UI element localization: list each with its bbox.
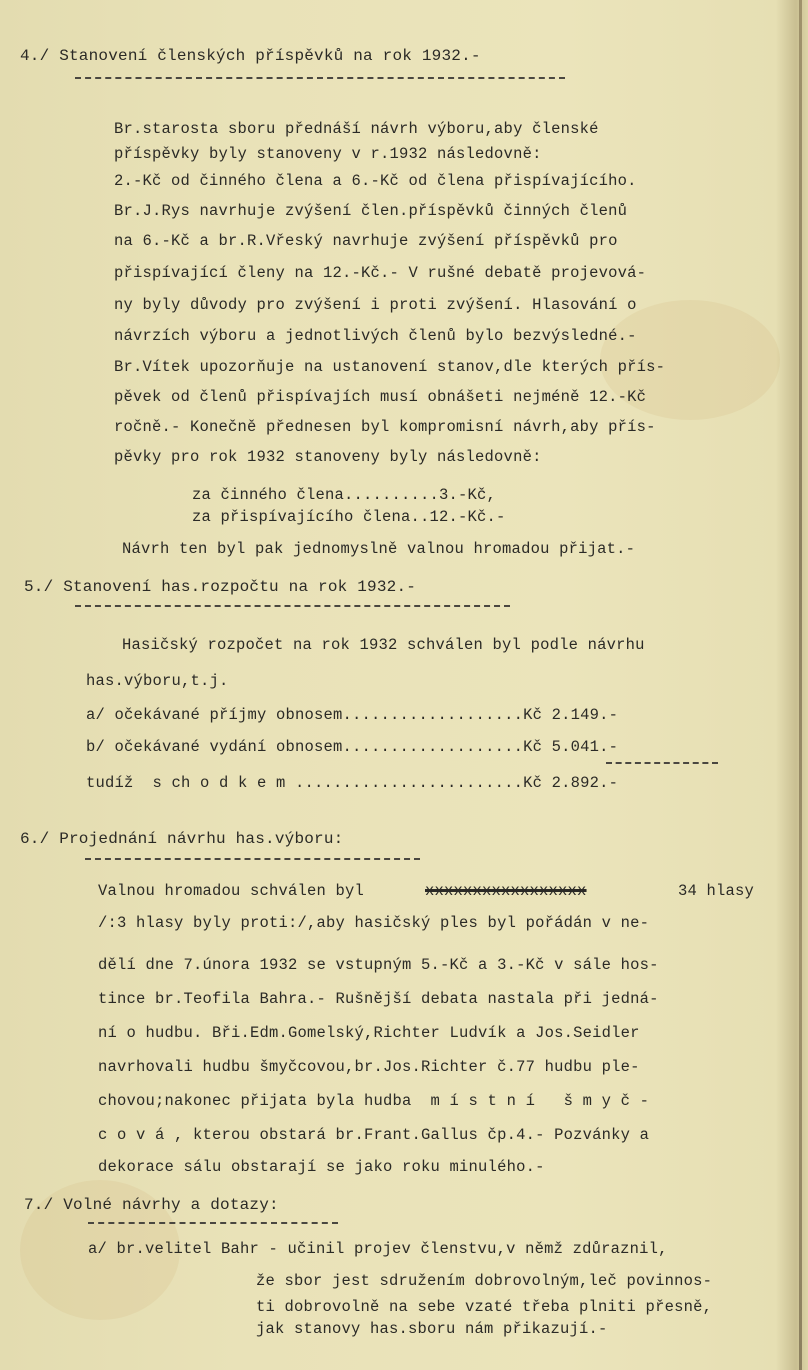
section-4-line: příspěvky byly stanoveny v r.1932 násled… bbox=[114, 145, 542, 163]
section-4-heading: 4./ Stanovení členských příspěvků na rok… bbox=[20, 47, 481, 65]
section-7-line: jak stanovy has.sboru nám přikazují.- bbox=[256, 1320, 608, 1338]
sum-underline bbox=[606, 762, 718, 764]
heading-underline bbox=[75, 605, 510, 607]
heading-underline bbox=[75, 77, 565, 79]
section-7-line: ti dobrovolně na sebe vzaté třeba plniti… bbox=[256, 1298, 712, 1316]
section-6-line: tince br.Teofila Bahra.- Rušnější debata… bbox=[98, 990, 659, 1008]
section-4-line: návrzích výboru a jednotlivých členů byl… bbox=[114, 327, 637, 345]
section-4-line: ročně.- Konečně přednesen byl kompromisn… bbox=[114, 418, 656, 436]
heading-underline bbox=[88, 1222, 338, 1224]
struck-out-text: xxxxxxxxxxxxxxxxx bbox=[425, 882, 587, 900]
section-7-heading: 7./ Volné návrhy a dotazy: bbox=[24, 1196, 279, 1214]
section-4-line: Br.J.Rys navrhuje zvýšení člen.příspěvků… bbox=[114, 202, 627, 220]
section-6-line: dělí dne 7.února 1932 se vstupným 5.-Kč … bbox=[98, 956, 659, 974]
section-6-line: c o v á , kterou obstará br.Frant.Gallus… bbox=[98, 1126, 649, 1144]
section-5-line: has.výboru,t.j. bbox=[86, 672, 229, 690]
section-4-line: pěvek od členů přispívajích musí obnášet… bbox=[114, 388, 646, 406]
budget-deficit: tudíž s ch o d k e m ...................… bbox=[86, 774, 618, 792]
section-4-line: na 6.-Kč a br.R.Vřeský navrhuje zvýšení … bbox=[114, 232, 618, 250]
contribution-supporting-member: za přispívajícího člena..12.-Kč.- bbox=[192, 508, 506, 526]
heading-underline bbox=[85, 858, 420, 860]
section-6-line: chovou;nakonec přijata byla hudba m í s … bbox=[98, 1092, 649, 1110]
section-6-line: Valnou hromadou schválen byl bbox=[98, 882, 364, 900]
section-4-line: ny byly důvody pro zvýšení i proti zvýše… bbox=[114, 296, 637, 314]
section-4-line: pěvky pro rok 1932 stanoveny byly násled… bbox=[114, 448, 542, 466]
budget-expenses: b/ očekávané vydání obnosem.............… bbox=[86, 738, 618, 756]
section-6-line: navrhovali hudbu šmyčcovou,br.Jos.Richte… bbox=[98, 1058, 640, 1076]
section-6-line: 34 hlasy bbox=[678, 882, 754, 900]
section-7-line: že sbor jest sdružením dobrovolným,leč p… bbox=[256, 1272, 712, 1290]
page-binding-edge bbox=[799, 0, 802, 1370]
budget-income: a/ očekávané příjmy obnosem.............… bbox=[86, 706, 618, 724]
contribution-active-member: za činného člena..........3.-Kč, bbox=[192, 486, 496, 504]
section-5-heading: 5./ Stanovení has.rozpočtu na rok 1932.- bbox=[24, 578, 416, 596]
section-6-line: dekorace sálu obstarají se jako roku min… bbox=[98, 1158, 545, 1176]
section-6-line: ní o hudbu. Bři.Edm.Gomelský,Richter Lud… bbox=[98, 1024, 640, 1042]
section-4-line: 2.-Kč od činného člena a 6.-Kč od člena … bbox=[114, 172, 637, 190]
section-4-line: přispívající členy na 12.-Kč.- V rušné d… bbox=[114, 264, 646, 282]
section-7-line: a/ br.velitel Bahr - učinil projev člens… bbox=[88, 1240, 668, 1258]
section-4-line: Br.Vítek upozorňuje na ustanovení stanov… bbox=[114, 358, 665, 376]
section-5-line: Hasičský rozpočet na rok 1932 schválen b… bbox=[122, 636, 645, 654]
section-6-heading: 6./ Projednání návrhu has.výboru: bbox=[20, 830, 343, 848]
section-4-line: Br.starosta sboru přednáší návrh výboru,… bbox=[114, 120, 599, 138]
section-4-line: Návrh ten byl pak jednomyslně valnou hro… bbox=[122, 540, 635, 558]
section-6-line: /:3 hlasy byly proti:/,aby hasičský ples… bbox=[98, 914, 649, 932]
